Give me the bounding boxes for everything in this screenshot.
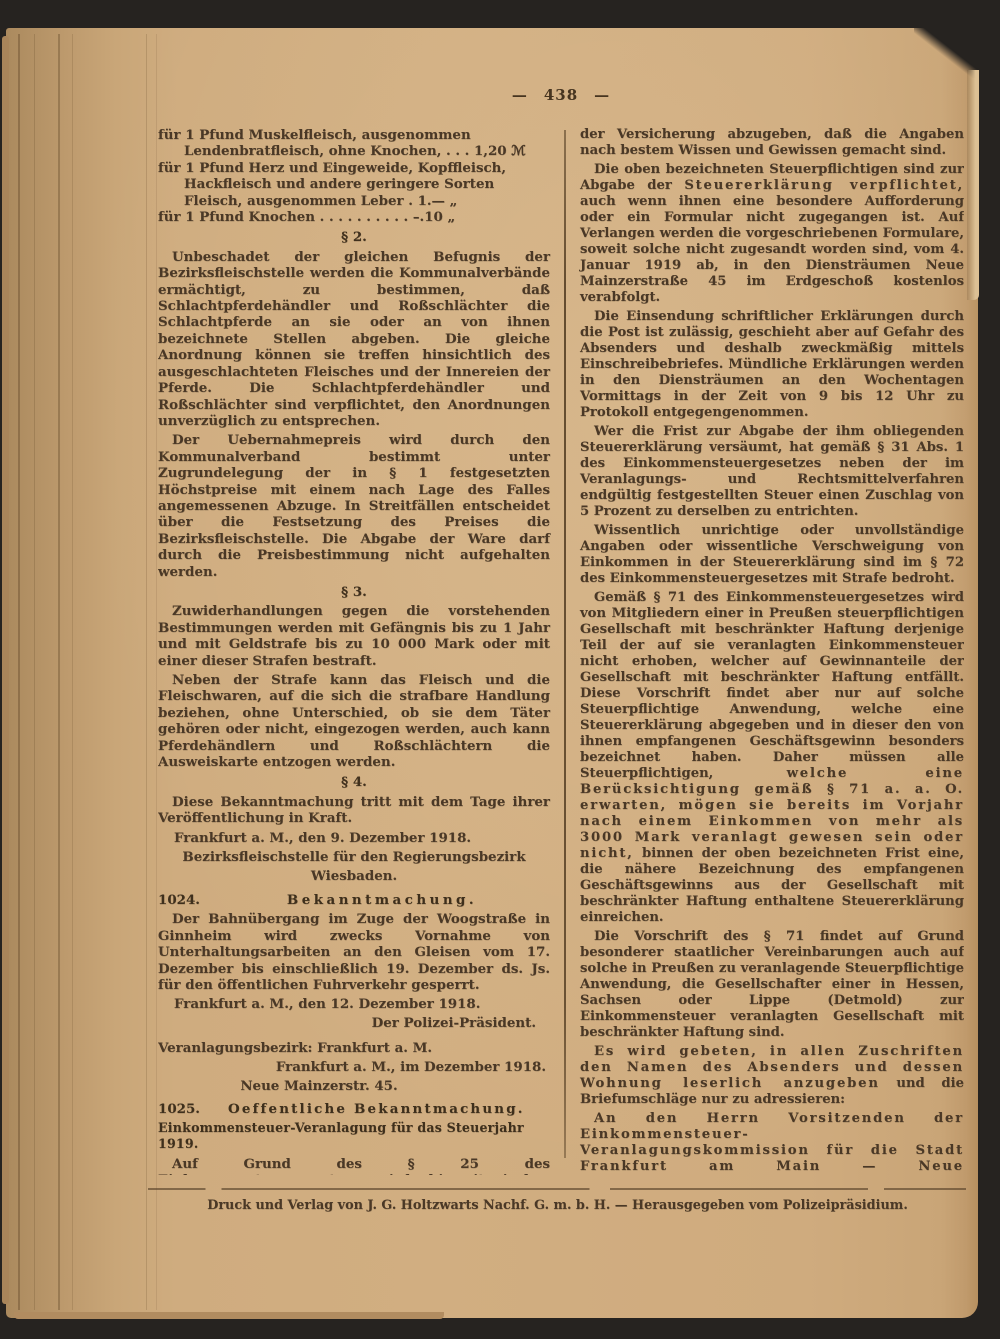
notice-number: 1025. bbox=[158, 1101, 214, 1117]
header-dash-right: — bbox=[594, 86, 610, 104]
price-list-item: für 1 Pfund Muskelfleisch, ausgenommen L… bbox=[158, 127, 550, 160]
signature-line: Bezirksfleischstelle für den Regierungsb… bbox=[158, 849, 550, 865]
address-line: Neue Mainzerstr. 45. bbox=[158, 1078, 550, 1094]
district-line: Veranlagungsbezirk: Frankfurt a. M. bbox=[158, 1040, 550, 1056]
binding-crease bbox=[34, 34, 35, 1310]
dateline: Frankfurt a. M., den 12. Dezember 1918. bbox=[158, 996, 550, 1012]
paragraph: Auf Grund des § 25 des Einkommensteuerge… bbox=[158, 1156, 550, 1175]
binding-crease bbox=[72, 34, 73, 1310]
price-list-item: für 1 Pfund Knochen . . . . . . . . . . … bbox=[158, 209, 550, 225]
page-stack-edge-bottom bbox=[14, 1312, 444, 1319]
notice-1024-heading: 1024. Bekanntmachung. bbox=[158, 892, 550, 908]
signature-line: Der Polizei-Präsident. bbox=[158, 1015, 550, 1031]
paragraph: Die Einsendung schriftlicher Erklärungen… bbox=[580, 309, 964, 421]
binding-crease bbox=[58, 34, 60, 1310]
section-heading-3: § 3. bbox=[158, 584, 550, 600]
paragraph: Diese Bekanntmachung tritt mit dem Tage … bbox=[158, 794, 550, 827]
price-list-item: für 1 Pfund Herz und Eingeweide, Kopffle… bbox=[158, 160, 550, 209]
notice-subtitle: Einkommensteuer-Veranlagung für das Steu… bbox=[158, 1120, 550, 1153]
dateline: Frankfurt a. M., den 9. Dezember 1918. bbox=[158, 830, 550, 846]
paragraph: Unbeschadet der gleichen Befugnis der Be… bbox=[158, 249, 550, 429]
paragraph: Es wird gebeten, in allen Zuschriften de… bbox=[580, 1044, 964, 1108]
header-dash-left: — bbox=[512, 86, 528, 104]
address-instruction: An den Herrn Vorsitzenden der Einkommens… bbox=[580, 1111, 964, 1175]
page-fold-crease bbox=[146, 34, 147, 1310]
section-heading-4: § 4. bbox=[158, 774, 550, 790]
notice-1025-heading: 1025. Oeffentliche Bekanntmachung. bbox=[158, 1101, 550, 1117]
page-edge-right bbox=[967, 70, 979, 300]
paragraph-text: Gemäß § 71 des Einkommensteuergesetzes w… bbox=[580, 590, 964, 781]
notice-number: 1024. bbox=[158, 892, 214, 908]
page-number: 438 bbox=[544, 86, 578, 104]
footer-rule bbox=[148, 1188, 966, 1190]
emphasized-text: Steuererklärung verpflichtet, bbox=[684, 178, 964, 193]
paragraph: der Versicherung abzugeben, daß die Anga… bbox=[580, 127, 964, 159]
paragraph: Gemäß § 71 des Einkommensteuergesetzes w… bbox=[580, 590, 964, 926]
paragraph: Neben der Strafe kann das Fleisch und di… bbox=[158, 672, 550, 770]
right-column: der Versicherung abzugeben, daß die Anga… bbox=[580, 127, 964, 1175]
notice-title: Bekanntmachung. bbox=[214, 892, 550, 908]
page-stack-edge-left bbox=[2, 36, 9, 1304]
paragraph: Der Bahnübergang im Zuge der Woogstraße … bbox=[158, 911, 550, 993]
signature-line: Wiesbaden. bbox=[158, 868, 550, 884]
imprint-line: Druck und Verlag von J. G. Holtzwarts Na… bbox=[150, 1198, 965, 1213]
paragraph: Wissentlich unrichtige oder unvollständi… bbox=[580, 523, 964, 587]
page-header: —438— bbox=[158, 86, 964, 104]
page-body: für 1 Pfund Muskelfleisch, ausgenommen L… bbox=[158, 127, 964, 1175]
paragraph: Wer die Frist zur Abgabe der ihm obliege… bbox=[580, 424, 964, 520]
paragraph-text: auch wenn ihnen eine besondere Aufforder… bbox=[580, 194, 964, 305]
paragraph: Die Vorschrift des § 71 findet auf Grund… bbox=[580, 929, 964, 1041]
paragraph-text: Auf Grund des § 25 des Einkommensteuerge… bbox=[158, 1156, 550, 1175]
dateline: Frankfurt a. M., im Dezember 1918. bbox=[158, 1059, 550, 1075]
left-column: für 1 Pfund Muskelfleisch, ausgenommen L… bbox=[158, 127, 550, 1175]
paragraph: Die oben bezeichneten Steuerpflichtigen … bbox=[580, 162, 964, 306]
binding-crease bbox=[18, 34, 20, 1310]
page-fold-crease bbox=[156, 34, 157, 1310]
paragraph: Zuwiderhandlungen gegen die vorstehenden… bbox=[158, 603, 550, 669]
section-heading-2: § 2. bbox=[158, 229, 550, 245]
paragraph-text: binnen der oben bezeichneten Frist eine,… bbox=[580, 846, 964, 925]
notice-title: Oeffentliche Bekanntmachung. bbox=[214, 1101, 550, 1117]
paragraph: Der Uebernahmepreis wird durch den Kommu… bbox=[158, 432, 550, 580]
